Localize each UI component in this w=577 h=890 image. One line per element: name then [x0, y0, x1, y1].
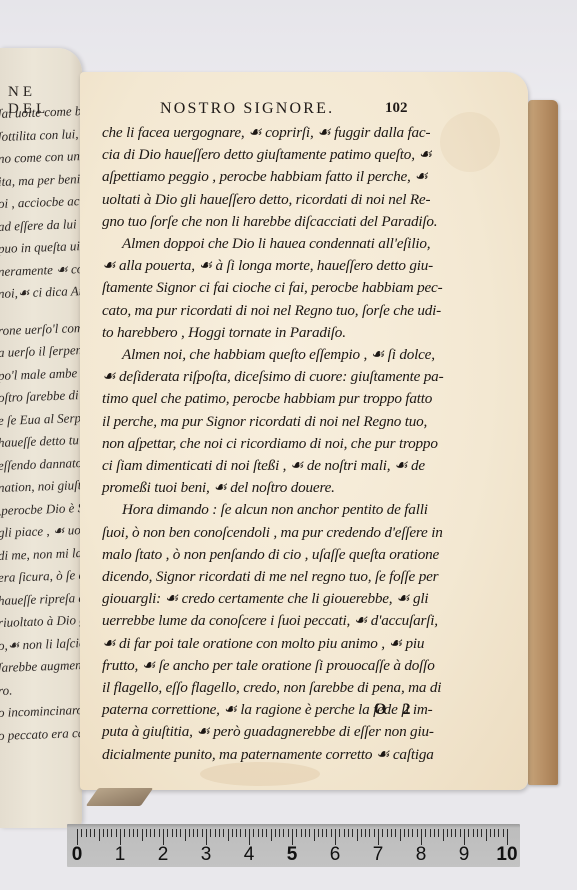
ruler-tick — [197, 829, 198, 837]
ruler-tick — [408, 829, 409, 837]
text-line: il flagello, eſſo flagello, credo, non ſ… — [102, 677, 514, 699]
ruler-tick — [348, 829, 349, 837]
text-line: ſtamente Signor ci fai cioche ci fai, pe… — [102, 277, 514, 299]
ruler-tick — [215, 829, 216, 837]
running-head-title: NOSTRO SIGNORE. — [160, 100, 334, 118]
ruler-tick — [326, 829, 327, 837]
ruler-tick — [159, 829, 160, 837]
left-text-line: di me, non mi laſciare — [0, 544, 82, 564]
left-text-line: riuoltato à Dio gli ha — [0, 611, 82, 631]
left-text-line: oi , acciocbe accoſtaſ — [0, 192, 82, 212]
ruler-tick — [129, 829, 130, 837]
ruler-tick — [154, 829, 155, 837]
text-line: ☙ alla pouerta, ☙ à ſi longa morte, haue… — [102, 255, 514, 277]
ruler-tick — [352, 829, 353, 837]
ruler-tick — [253, 829, 254, 837]
left-text-line: ſottilita con lui, perci — [0, 125, 82, 145]
left-text-line: haueſſe detto tu non m — [0, 431, 82, 451]
ruler-tick — [245, 829, 246, 837]
ruler-tick — [163, 829, 164, 845]
text-line: giouargli: ☙ credo certamente che li gio… — [102, 588, 514, 610]
page-number: 102 — [385, 100, 408, 117]
ruler-tick — [176, 829, 177, 837]
ruler-tick — [369, 829, 370, 837]
ruler-tick — [206, 829, 207, 845]
ruler-tick — [90, 829, 91, 837]
ruler-tick — [322, 829, 323, 837]
text-line: dicialmente punito, ma paternamente corr… — [102, 744, 514, 766]
ruler-tick — [94, 829, 95, 837]
ruler-tick — [335, 829, 336, 845]
ruler-tick — [451, 829, 452, 837]
text-line: che li facea uergognare, ☙ coprirſi, ☙ f… — [102, 122, 514, 144]
ruler-tick — [455, 829, 456, 837]
ruler-tick — [249, 829, 250, 845]
left-text-line: noi,☙ ci dica Amico — [0, 282, 82, 302]
left-text-line: eſſendo dannato, uor — [0, 454, 82, 474]
text-line: non aſpettar, che noi ci ricordiamo di n… — [102, 433, 514, 455]
left-text-line: no come con un che ſaſſ — [0, 147, 82, 167]
left-text-line: po'l male ambe la ſiu — [0, 364, 82, 384]
ruler-label: 3 — [201, 844, 212, 866]
ruler-tick — [228, 829, 229, 841]
ruler-tick — [142, 829, 143, 841]
ruler-tick — [357, 829, 358, 841]
ruler-tick — [271, 829, 272, 841]
left-text-line: gli piace , ☙ uolun — [0, 522, 82, 541]
left-text-line: puo in queſta uita rago — [0, 237, 82, 257]
ruler-tick — [189, 829, 190, 837]
ruler-tick — [464, 829, 465, 845]
text-line: to harebbero , Hoggi tornate in Paradiſo… — [102, 322, 514, 344]
ruler-tick — [305, 829, 306, 837]
ruler-tick — [374, 829, 375, 837]
ruler-label: 9 — [459, 844, 470, 866]
ruler-tick — [236, 829, 237, 837]
text-line: promeßi tuoi beni, ☙ del noſtro douere. — [102, 477, 514, 499]
ruler-tick — [202, 829, 203, 837]
ruler-label: 4 — [244, 844, 255, 866]
ruler-tick — [344, 829, 345, 837]
ruler-tick — [365, 829, 366, 837]
ruler-label: 1 — [115, 844, 126, 866]
body-text: che li facea uergognare, ☙ coprirſi, ☙ f… — [102, 122, 514, 766]
ruler-tick — [378, 829, 379, 845]
text-line: dicendo, Signor ricordati di me nel regn… — [102, 566, 514, 588]
ruler-tick — [309, 829, 310, 837]
right-page: NOSTRO SIGNORE. 102 che li facea uergogn… — [80, 72, 528, 790]
ruler-tick — [430, 829, 431, 837]
ruler-tick — [223, 829, 224, 837]
ruler-tick — [111, 829, 112, 837]
ruler-tick — [507, 829, 508, 845]
ruler-tick — [185, 829, 186, 841]
ruler-tick — [361, 829, 362, 837]
ruler-tick — [150, 829, 151, 837]
text-line: uerrebbe lume da conoſcere i ſuoi peccat… — [102, 610, 514, 632]
ruler-tick — [116, 829, 117, 837]
ruler-tick — [288, 829, 289, 837]
bookmark-ribbon — [86, 788, 154, 806]
ruler-tick — [318, 829, 319, 837]
ruler-tick — [146, 829, 147, 837]
ruler-tick — [473, 829, 474, 837]
ruler-tick — [447, 829, 448, 837]
ruler-tick — [120, 829, 121, 845]
left-text-line: ad eſſere da lui eſſaltat — [0, 214, 82, 234]
left-text-line: o,☙ non li laſciaſſe — [0, 634, 82, 653]
text-line: aſpettiamo peggio , perocbe habbiam fatt… — [102, 166, 514, 188]
left-text-line: neramente ☙ con ſpe — [0, 260, 82, 280]
ruler-tick — [395, 829, 396, 837]
ruler-tick — [382, 829, 383, 837]
ruler-tick — [103, 829, 104, 837]
text-line: timo quel che patimo, perocbe habbiam pu… — [102, 388, 514, 410]
ruler-tick — [301, 829, 302, 837]
text-line: gno tuo ſorſe che non li harebbe diſcacc… — [102, 211, 514, 233]
ruler-tick — [490, 829, 491, 837]
ruler-label: 7 — [373, 844, 384, 866]
ruler-tick — [219, 829, 220, 837]
left-page: NE DEL ſai uolte come buono,eſottilita c… — [0, 48, 82, 828]
book-back-cover-edge — [528, 100, 558, 785]
text-line: Almen noi, che habbiam queſto eſſempio ,… — [102, 344, 514, 366]
ruler-tick — [494, 829, 495, 837]
left-text-line: ſai uolte come buono,e — [0, 102, 82, 122]
ruler-tick — [107, 829, 108, 837]
ruler-tick — [81, 829, 82, 837]
left-text-line: ro. — [0, 682, 13, 698]
signature-mark: O 2 — [374, 701, 416, 719]
ruler-tick — [137, 829, 138, 837]
left-text-line: o incomincinarono à ſe — [0, 701, 82, 721]
text-line: il perche, ma pur Signor ricordati di no… — [102, 411, 514, 433]
left-text-line: rone uerſo'l compagno — [0, 318, 82, 338]
ruler-tick — [279, 829, 280, 837]
ruler-tick — [438, 829, 439, 837]
ruler-tick — [331, 829, 332, 837]
ruler-tick — [339, 829, 340, 837]
ruler-tick — [296, 829, 297, 837]
ruler-tick — [503, 829, 504, 837]
ruler-tick — [391, 829, 392, 837]
ruler-tick — [460, 829, 461, 837]
text-line: ☙ deſiderata riſpoſta, diceſsimo di cuor… — [102, 366, 514, 388]
text-line: cia di Dio haueſſero detto giuſtamente p… — [102, 144, 514, 166]
text-line: ci ſiam dimenticati di noi ſteßi , ☙ de … — [102, 455, 514, 477]
text-line: puta à giuſtitia, ☙ però guadagnerebbe d… — [102, 721, 514, 743]
ruler-tick — [99, 829, 100, 841]
left-text-line: ita, ma per benignita ha — [0, 169, 82, 189]
ruler-tick — [86, 829, 87, 837]
ruler-tick — [468, 829, 469, 837]
ruler-label: 0 — [72, 844, 83, 866]
ruler-tick — [421, 829, 422, 845]
ruler-tick — [314, 829, 315, 841]
left-text-line: ,perocbe Dio è Signo — [0, 499, 82, 519]
ruler-tick — [266, 829, 267, 837]
text-line: malo ſtato , ò non penſando di cio , uſa… — [102, 544, 514, 566]
ruler-label: 6 — [330, 844, 341, 866]
left-text-line: e ſe Eua al Serpente — [0, 409, 82, 429]
ruler-tick — [262, 829, 263, 837]
ruler-tick — [387, 829, 388, 837]
ruler-tick — [77, 829, 78, 845]
text-line: uoltati à Dio gli haueſſero detto, ricor… — [102, 189, 514, 211]
ruler-tick — [477, 829, 478, 837]
ruler-tick — [283, 829, 284, 837]
ruler-tick — [210, 829, 211, 837]
ruler-label: 2 — [158, 844, 169, 866]
ruler-tick — [124, 829, 125, 837]
ruler-tick — [481, 829, 482, 837]
ruler-label: 8 — [416, 844, 427, 866]
ruler-tick — [417, 829, 418, 837]
text-line: paterna correttione, ☙ la ragione è perc… — [102, 699, 514, 721]
ruler-tick — [412, 829, 413, 837]
text-line: Almen doppoi che Dio li hauea condennati… — [102, 233, 514, 255]
text-line: ſuoi, ò non ben conoſcendoli , ma pur cr… — [102, 522, 514, 544]
scale-ruler: 012345678910 — [67, 824, 520, 867]
ruler-tick — [275, 829, 276, 837]
ruler-tick — [292, 829, 293, 845]
ruler-label: 5 — [287, 844, 298, 866]
text-line: ☙ di far poi tale oratione con molto piu… — [102, 633, 514, 655]
ruler-tick — [443, 829, 444, 841]
ruler-tick — [404, 829, 405, 837]
ruler-tick — [167, 829, 168, 837]
left-text-line: o peccato era cauſa — [0, 724, 82, 744]
ruler-tick — [180, 829, 181, 837]
left-text-line: haueſſe ripreſa del fallo — [0, 588, 82, 608]
left-text-line: a uerſo il ſerpente, ur — [0, 341, 82, 361]
ruler-tick — [400, 829, 401, 841]
ruler-tick — [193, 829, 194, 837]
ruler-tick — [232, 829, 233, 837]
left-text-line: nation, noi giuſtamen — [0, 476, 82, 496]
left-text-line: era ſicura, ò ſe doppo — [0, 566, 82, 586]
text-line: Hora dimando : ſe alcun non anchor penti… — [102, 499, 514, 521]
left-text-line: ſarebbe augmentata — [0, 656, 82, 676]
ruler-tick — [133, 829, 134, 837]
ruler-label: 10 — [496, 844, 517, 866]
ruler-tick — [258, 829, 259, 837]
running-head: NOSTRO SIGNORE. 102 — [102, 100, 514, 120]
ruler-tick — [486, 829, 487, 841]
ruler-tick — [240, 829, 241, 837]
ruler-tick — [172, 829, 173, 837]
left-text-line: oſtro ſarebbe di miglio — [0, 386, 82, 406]
ruler-tick — [425, 829, 426, 837]
ruler-tick — [498, 829, 499, 837]
ruler-tick — [434, 829, 435, 837]
text-line: cato, ma pur ricordati di noi nel Regno … — [102, 300, 514, 322]
text-line: frutto, ☙ ſe ancho per tale oratione ſi … — [102, 655, 514, 677]
